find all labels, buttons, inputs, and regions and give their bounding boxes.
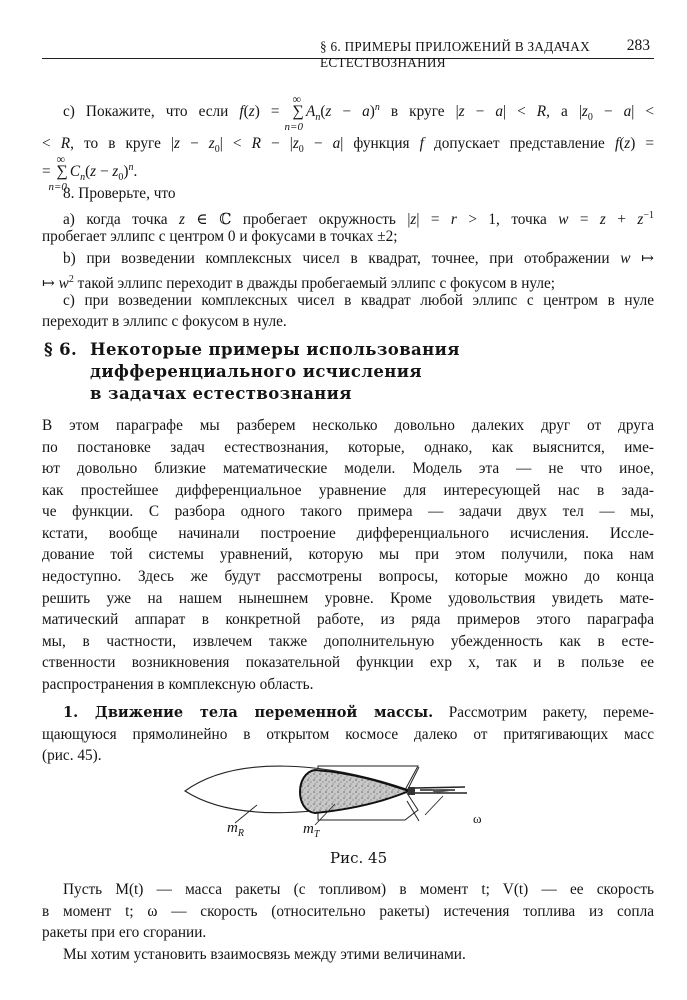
closing-line-4: Мы хотим установить взаимосвязь между эт… <box>63 945 654 965</box>
exercise-7c-line-2: < R, то в круге |z − z0| < R − |z0 − a| … <box>42 134 654 160</box>
label-fuel-mass: mT <box>303 821 319 840</box>
figure-caption: Рис. 45 <box>330 849 387 867</box>
intro-line: матический аппарат в конкретной работе, … <box>42 610 654 630</box>
book-page: § 6. ПРИМЕРЫ ПРИЛОЖЕНИЙ В ЗАДАЧАХ ЕСТЕСТ… <box>0 0 687 1000</box>
subsection-1-line-2: щающуюся прямолинейно в открытом космосе… <box>42 725 654 745</box>
exercise-8c-line-1: c) при возведении комплексных чисел в кв… <box>63 291 654 311</box>
section-title-line-3: в задачах естествознания <box>90 383 352 405</box>
section-title-line-2: дифференциального исчисления <box>90 361 422 383</box>
intro-line: мы, в частности, извлечем также дополнит… <box>42 632 654 652</box>
closing-line-2: в момент t; ω — скорость (относительно р… <box>42 902 654 922</box>
intro-line: недоступно. Здесь же будут рассмотрены в… <box>42 567 654 587</box>
exercise-8c-line-2: переходит в эллипс с фокусом в нуле. <box>42 312 654 332</box>
sum-symbol: ∑∞n=0 <box>293 102 304 122</box>
label-rocket-mass: mR <box>227 820 244 839</box>
subsection-1-heading: 1. Движение тела переменной массы. <box>63 704 433 721</box>
exercise-7c-line-1: c) Покажите, что если f(z) = ∑∞n=0An(z −… <box>63 98 654 128</box>
intro-line: решить уже на нашем нынешнем уровне. Кро… <box>42 589 654 609</box>
intro-line: распространения в комплексную область. <box>42 675 654 695</box>
rocket-figure: mR mT ω <box>175 755 520 845</box>
running-title: § 6. ПРИМЕРЫ ПРИЛОЖЕНИЙ В ЗАДАЧАХ ЕСТЕСТ… <box>320 39 654 71</box>
intro-line: дование той системы уравнений, которую м… <box>42 545 654 565</box>
closing-line-3: ракеты при его сгорании. <box>42 923 654 943</box>
intro-line: ют довольно близкие математические модел… <box>42 459 654 479</box>
section-title-line-1: Некоторые примеры использования <box>90 339 460 361</box>
exercise-8a-line-2: пробегает эллипс с центром 0 и фокусами … <box>42 227 654 247</box>
section-number: § 6. <box>44 339 84 361</box>
intro-line: че функции. С разбора одного такого прим… <box>42 502 654 522</box>
running-head: § 6. ПРИМЕРЫ ПРИЛОЖЕНИЙ В ЗАДАЧАХ ЕСТЕСТ… <box>42 36 654 59</box>
subsection-1-line-1: 1. Движение тела переменной массы. Рассм… <box>63 703 654 723</box>
exercise-8-title: 8. Проверьте, что <box>63 184 654 204</box>
exercise-8b-line-1: b) при возведении комплексных чисел в кв… <box>63 249 654 269</box>
intro-line: кстати, вообще начинали построение диффе… <box>42 524 654 544</box>
intro-line: ственности возникновения показательной ф… <box>42 653 654 673</box>
intro-line: по постановке задач естествознания, кото… <box>42 438 654 458</box>
page-number: 283 <box>627 37 650 55</box>
intro-line: В этом параграфе мы разберем несколько д… <box>42 416 654 436</box>
intro-line: как простейшее дифференциальное уравнени… <box>42 481 654 501</box>
label-exhaust-velocity: ω <box>473 811 482 827</box>
closing-line-1: Пусть M(t) — масса ракеты (с топливом) в… <box>63 880 654 900</box>
